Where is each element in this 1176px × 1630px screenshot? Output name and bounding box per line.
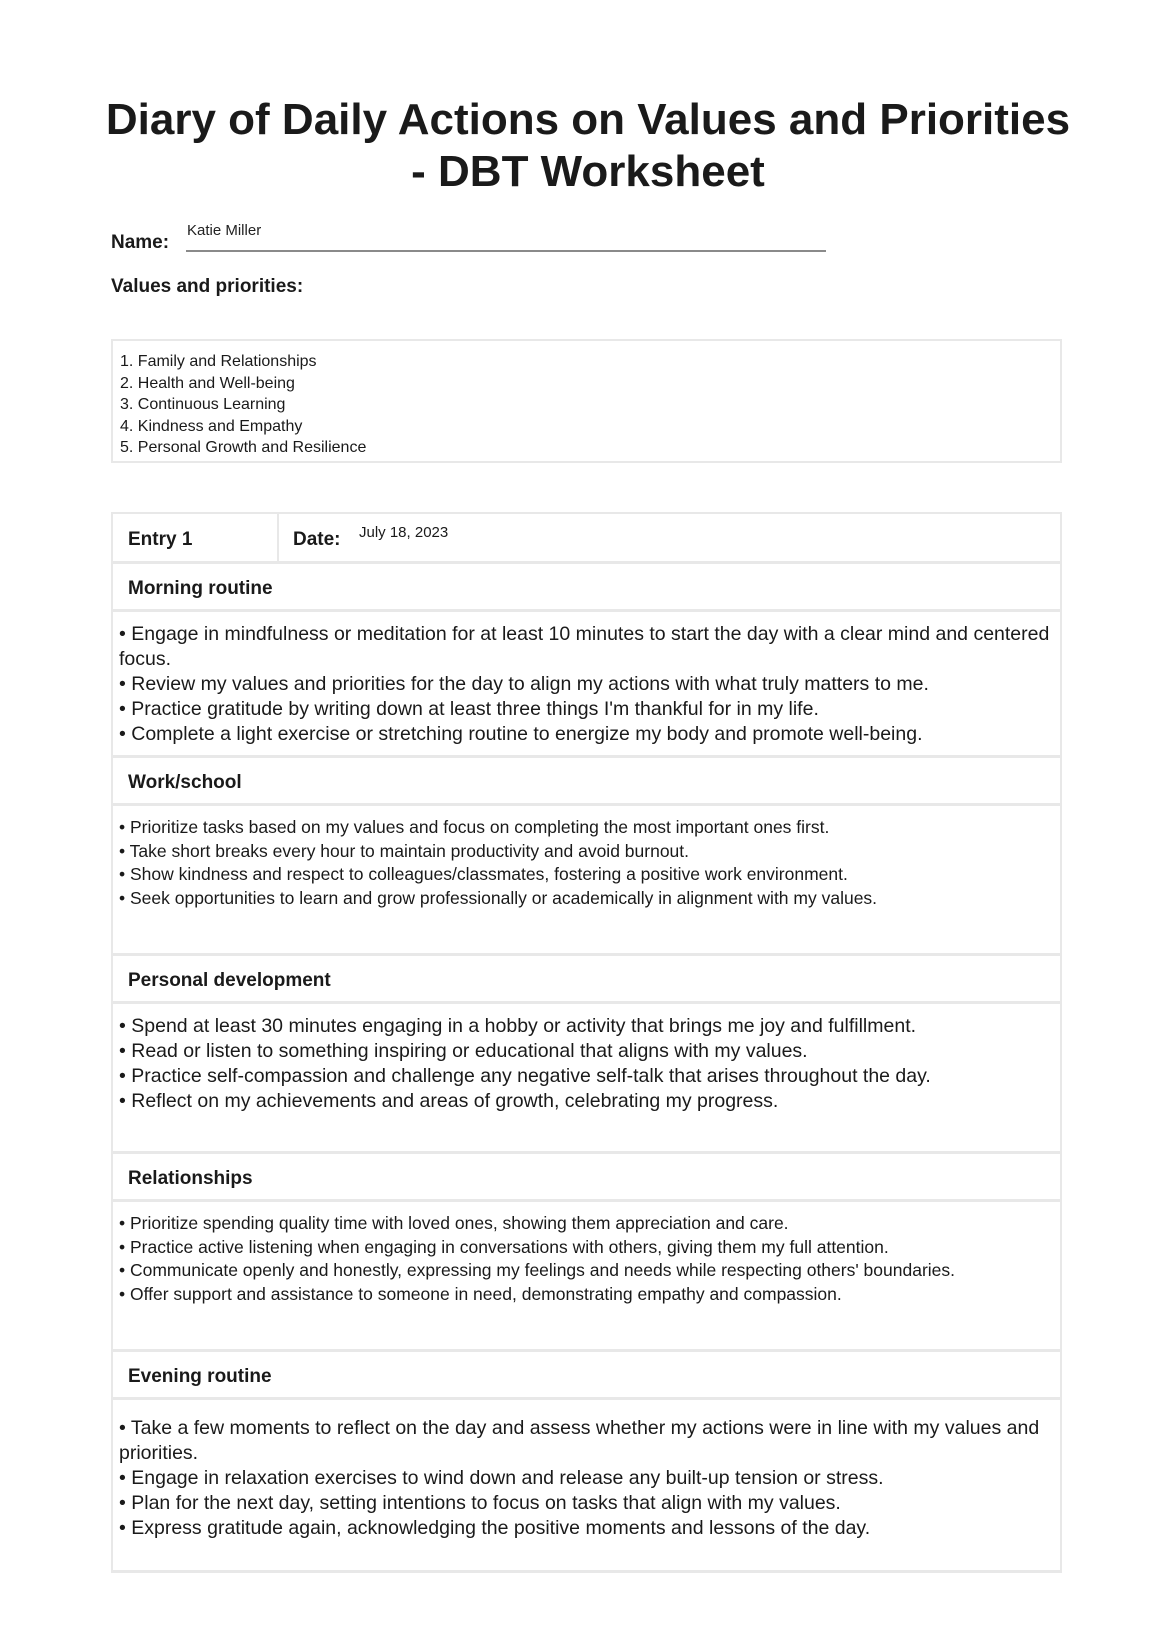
list-item: • Practice self-compassion and challenge… [119,1064,1054,1089]
list-item: • Practice active listening when engagin… [119,1236,1054,1260]
list-item: • Offer support and assistance to someon… [119,1283,1054,1307]
entry-header-row: Entry 1 Date: July 18, 2023 [113,514,1060,564]
date-field[interactable]: July 18, 2023 [359,524,448,541]
entry-label: Entry 1 [113,514,279,561]
name-label: Name: [111,232,169,254]
section-body-morning[interactable]: • Engage in mindfulness or meditation fo… [113,612,1060,758]
list-item: • Engage in mindfulness or meditation fo… [119,622,1054,672]
section-body-personal[interactable]: • Spend at least 30 minutes engaging in … [113,1004,1060,1154]
values-heading: Values and priorities: [111,276,303,298]
value-item: 4. Kindness and Empathy [120,416,1053,438]
section-heading-morning: Morning routine [113,564,1060,612]
list-item: • Reflect on my achievements and areas o… [119,1089,1054,1114]
list-item: • Review my values and priorities for th… [119,672,1054,697]
list-item: • Practice gratitude by writing down at … [119,697,1054,722]
page-title: Diary of Daily Actions on Values and Pri… [100,94,1076,198]
name-underline [186,250,826,252]
list-item: • Take short breaks every hour to mainta… [119,840,1054,864]
name-field-row: Name: Katie Miller [111,218,831,252]
list-item: • Seek opportunities to learn and grow p… [119,887,1054,911]
section-body-work[interactable]: • Prioritize tasks based on my values an… [113,806,1060,956]
list-item: • Take a few moments to reflect on the d… [119,1416,1054,1466]
section-heading-work: Work/school [113,758,1060,806]
list-item: • Engage in relaxation exercises to wind… [119,1466,1054,1491]
section-heading-relationships: Relationships [113,1154,1060,1202]
section-heading-evening: Evening routine [113,1352,1060,1400]
date-cell: Date: July 18, 2023 [279,514,1060,561]
list-item: • Complete a light exercise or stretchin… [119,722,1054,747]
list-item: • Communicate openly and honestly, expre… [119,1259,1054,1283]
date-label: Date: [293,529,341,551]
value-item: 5. Personal Growth and Resilience [120,437,1053,459]
list-item: • Show kindness and respect to colleague… [119,863,1054,887]
value-item: 2. Health and Well-being [120,373,1053,395]
name-field[interactable]: Katie Miller [187,222,261,239]
list-item: • Read or listen to something inspiring … [119,1039,1054,1064]
list-item: • Plan for the next day, setting intenti… [119,1491,1054,1516]
section-heading-personal: Personal development [113,956,1060,1004]
value-item: 1. Family and Relationships [120,351,1053,373]
entry-table: Entry 1 Date: July 18, 2023 Morning rout… [111,512,1062,1573]
section-body-evening[interactable]: • Take a few moments to reflect on the d… [113,1400,1060,1570]
list-item: • Spend at least 30 minutes engaging in … [119,1014,1054,1039]
section-body-relationships[interactable]: • Prioritize spending quality time with … [113,1202,1060,1352]
list-item: • Prioritize tasks based on my values an… [119,816,1054,840]
values-list-box[interactable]: 1. Family and Relationships 2. Health an… [111,339,1062,463]
list-item: • Prioritize spending quality time with … [119,1212,1054,1236]
list-item: • Express gratitude again, acknowledging… [119,1516,1054,1541]
value-item: 3. Continuous Learning [120,394,1053,416]
